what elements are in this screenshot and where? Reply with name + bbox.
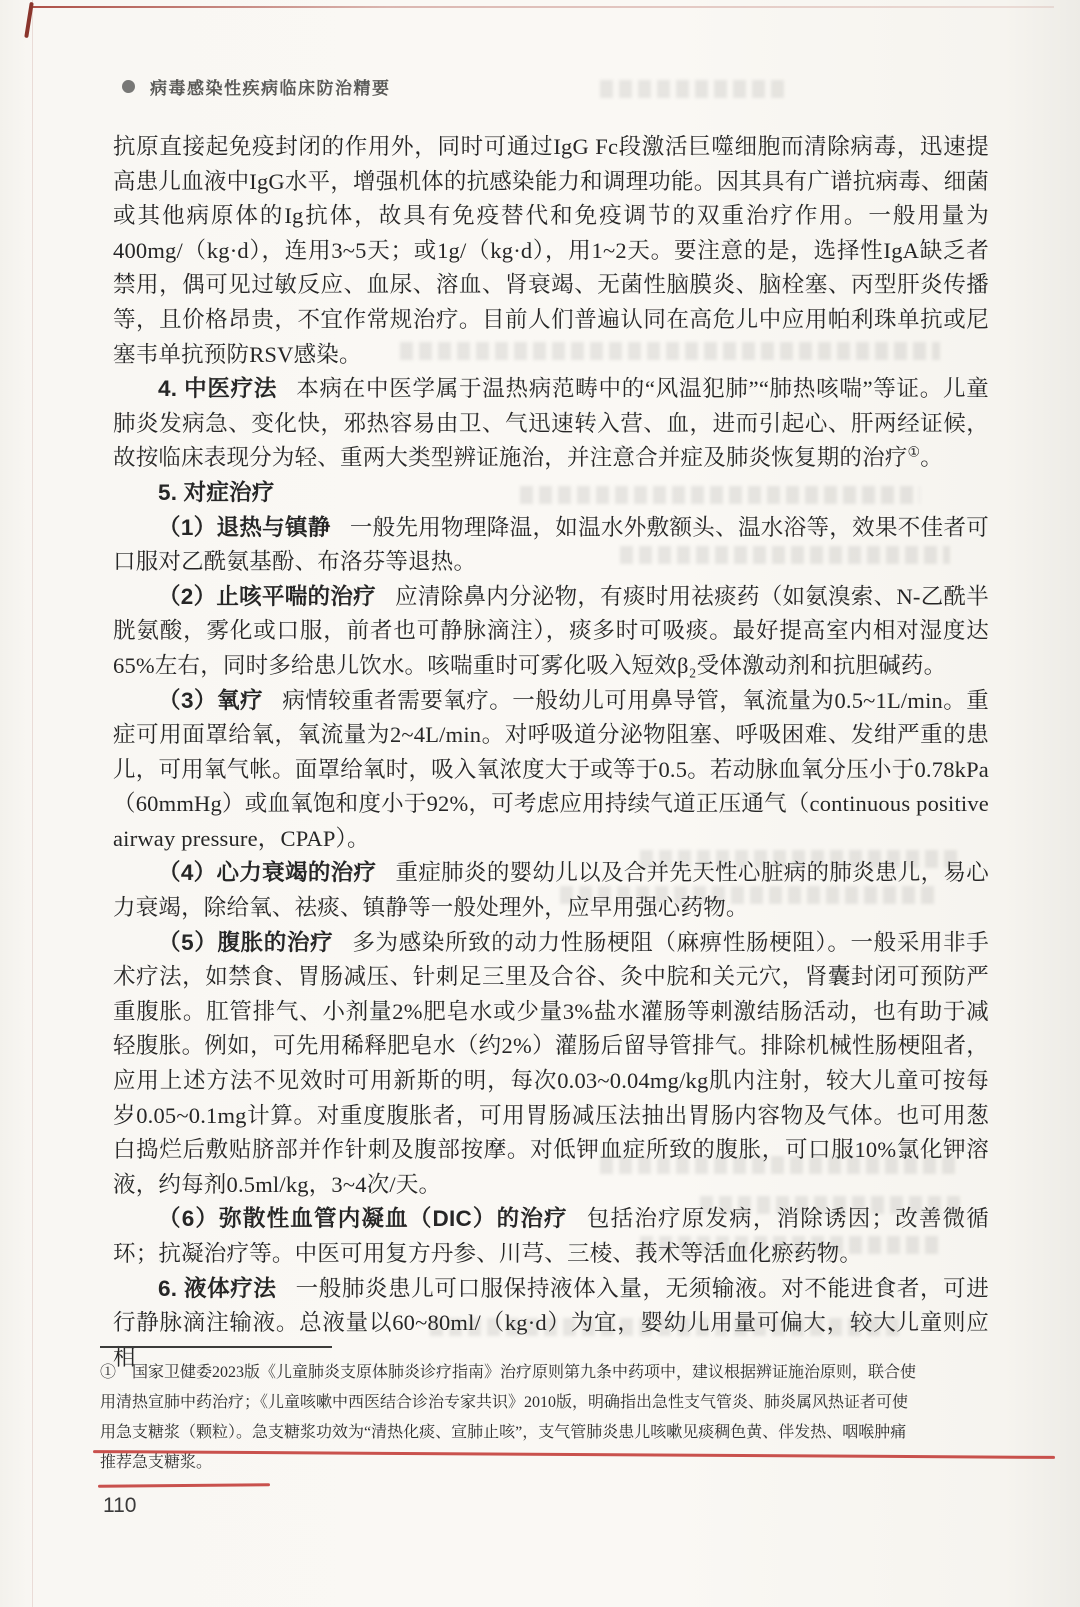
- scan-crease: [32, 0, 33, 1607]
- paragraph-text: 。: [920, 445, 943, 470]
- paragraph-tcm-therapy: 4. 中医疗法本病在中医学属于温热病范畴中的“风温犯肺”“肺热咳喘”等证。儿童肺…: [113, 372, 989, 476]
- heading-text: 5. 对症治疗: [158, 480, 274, 505]
- page-header: 病毒感染性疾病临床防治精要: [122, 74, 391, 99]
- footnote-line: ① 国家卫健委2023版《儿童肺炎支原体肺炎诊疗指南》治疗原则第九条中药项中，建…: [100, 1358, 1005, 1388]
- book-page: 病毒感染性疾病临床防治精要 抗原直接起免疫封闭的作用外，同时可通过IgG Fc段…: [0, 0, 1080, 1607]
- heading-cough-asthma: （2）止咳平喘的治疗: [158, 584, 376, 609]
- heading-abdominal-distension: （5）腹胀的治疗: [158, 930, 333, 955]
- main-text: 抗原直接起免疫封闭的作用外，同时可通过IgG Fc段激活巨噬细胞而清除病毒，迅速…: [113, 130, 989, 1375]
- page-number: 110: [103, 1494, 136, 1518]
- book-title: 病毒感染性疾病临床防治精要: [150, 74, 391, 99]
- heading-tcm-therapy: 4. 中医疗法: [158, 376, 277, 401]
- paragraph-text: 多为感染所致的动力性肠梗阻（麻痹性肠梗阻）。一般采用非手术疗法，如禁食、胃肠减压…: [113, 930, 989, 1197]
- heading-oxygen-therapy: （3）氧疗: [158, 688, 263, 713]
- paragraph-abdominal-distension: （5）腹胀的治疗多为感染所致的动力性肠梗阻（麻痹性肠梗阻）。一般采用非手术疗法，…: [113, 926, 989, 1203]
- heading-dic-treatment: （6）弥散性血管内凝血（DIC）的治疗: [158, 1206, 568, 1231]
- footnote-reference-mark: ①: [908, 446, 921, 461]
- paragraph-oxygen-therapy: （3）氧疗病情较重者需要氧疗。一般幼儿可用鼻导管，氧流量为0.5~1L/min。…: [113, 684, 989, 857]
- paragraph-immunoglobulin-therapy: 抗原直接起免疫封闭的作用外，同时可通过IgG Fc段激活巨噬细胞而清除病毒，迅速…: [113, 130, 989, 372]
- footnote-line: 用清热宣肺中药治疗；《儿童咳嗽中西医结合诊治专家共识》2010版，明确指出急性支…: [100, 1388, 1005, 1418]
- heading-heart-failure: （4）心力衰竭的治疗: [158, 860, 376, 885]
- bullet-icon: [122, 80, 135, 93]
- red-underline-annotation: [98, 1483, 270, 1488]
- footnote: ① 国家卫健委2023版《儿童肺炎支原体肺炎诊疗指南》治疗原则第九条中药项中，建…: [100, 1358, 1005, 1478]
- scan-edge-line: [30, 6, 1054, 8]
- paragraph-fever-sedation: （1）退热与镇静一般先用物理降温，如温水外敷额头、温水浴等，效果不佳者可口服对乙…: [113, 511, 989, 580]
- heading-fluid-therapy: 6. 液体疗法: [158, 1276, 277, 1301]
- footnote-line: 用急支糖浆（颗粒）。急支糖浆功效为“清热化痰、宣肺止咳”，支气管肺炎患儿咳嗽见痰…: [100, 1418, 1005, 1448]
- paragraph-heart-failure: （4）心力衰竭的治疗重症肺炎的婴幼儿以及合并先天性心脏病的肺炎患儿，易心力衰竭，…: [113, 856, 989, 925]
- heading-fever-sedation: （1）退热与镇静: [158, 515, 331, 540]
- paragraph-dic-treatment: （6）弥散性血管内凝血（DIC）的治疗包括治疗原发病，消除诱因；改善微循环；抗凝…: [113, 1202, 989, 1271]
- bleedthrough-artifact: [600, 80, 790, 98]
- footnote-separator: [100, 1346, 332, 1348]
- heading-symptomatic-treatment: 5. 对症治疗: [113, 476, 989, 511]
- paragraph-cough-asthma: （2）止咳平喘的治疗应清除鼻内分泌物，有痰时用祛痰药（如氨溴索、N-乙酰半胱氨酸…: [113, 580, 989, 684]
